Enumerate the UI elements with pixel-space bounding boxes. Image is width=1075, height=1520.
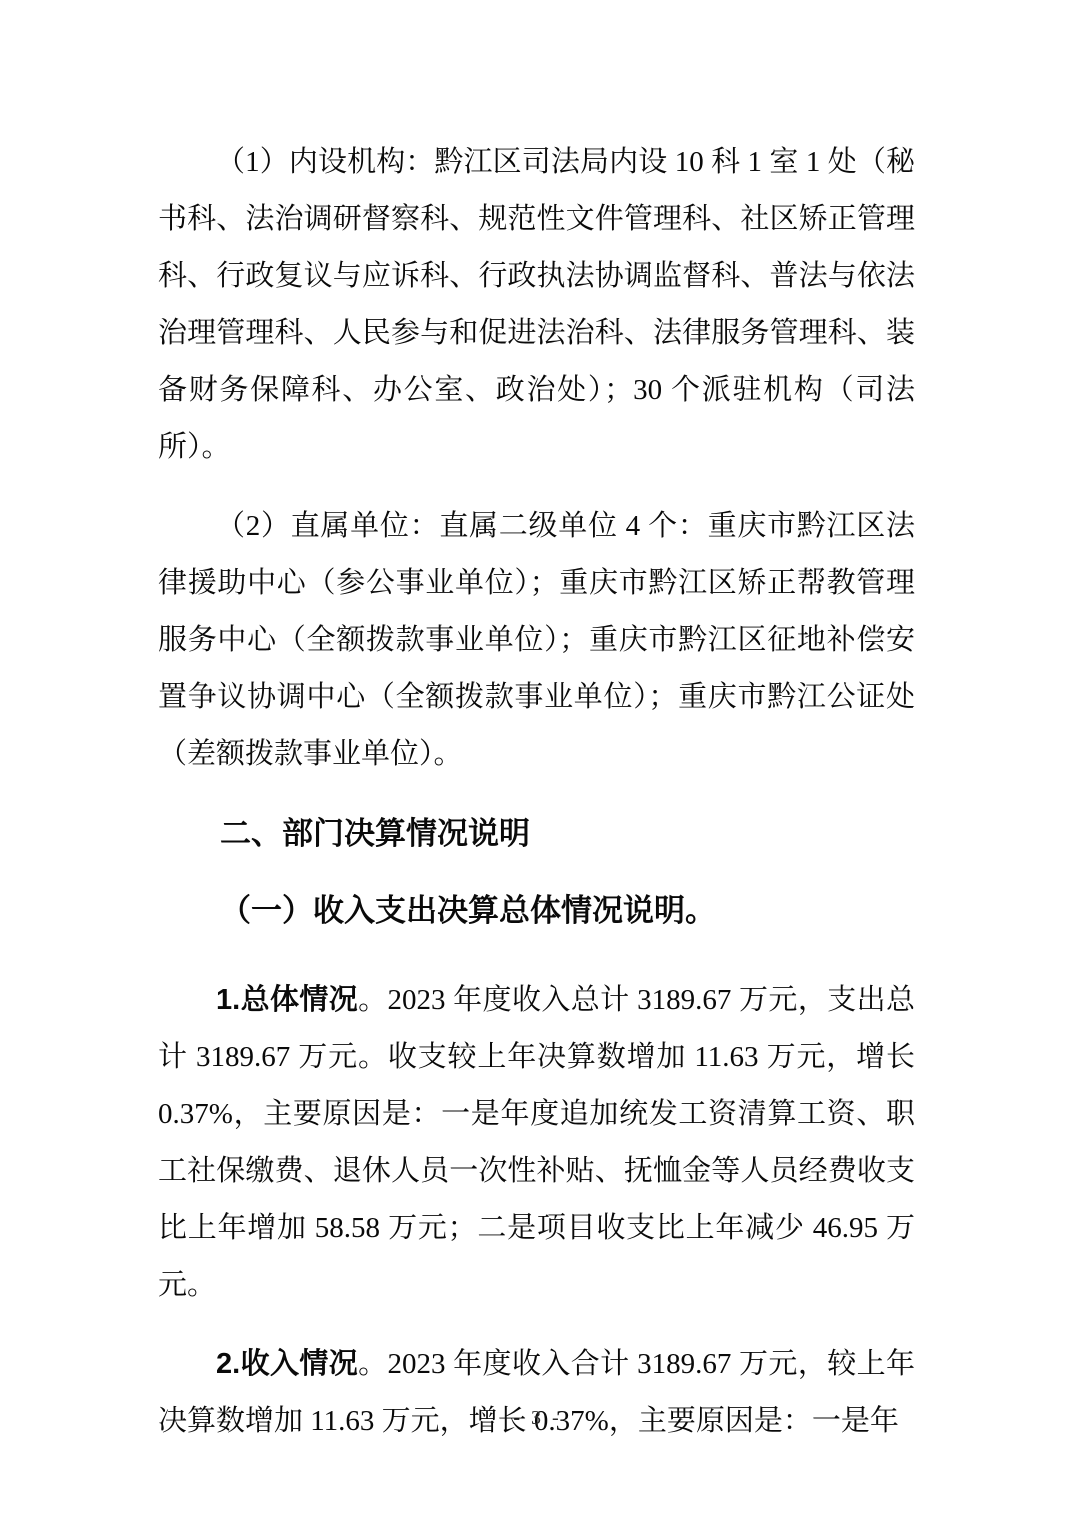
document-body: （1）内设机构：黔江区司法局内设 10 科 1 室 1 处（秘书科、法治调研督察… xyxy=(158,134,915,1472)
document-page: （1）内设机构：黔江区司法局内设 10 科 1 室 1 处（秘书科、法治调研督察… xyxy=(0,0,1075,1520)
subsection-heading-overall-statement: （一）收入支出决算总体情况说明。 xyxy=(158,882,915,939)
paragraph-lead-income: 2.收入情况 xyxy=(216,1348,358,1380)
paragraph-overall-situation: 1.总体情况。2023 年度收入总计 3189.67 万元，支出总计 3189.… xyxy=(158,972,915,1314)
paragraph-text: （2）直属单位：直属二级单位 4 个：重庆市黔江区法律援助中心（参公事业单位）；… xyxy=(158,510,915,770)
paragraph-income-situation: 2.收入情况。2023 年度收入合计 3189.67 万元，较上年决算数增加 1… xyxy=(158,1336,915,1450)
paragraph-internal-organs: （1）内设机构：黔江区司法局内设 10 科 1 室 1 处（秘书科、法治调研督察… xyxy=(158,134,915,476)
paragraph-text: （1）内设机构：黔江区司法局内设 10 科 1 室 1 处（秘书科、法治调研督察… xyxy=(158,146,915,463)
page-number: - 3 - xyxy=(0,1406,1075,1430)
paragraph-subordinate-units: （2）直属单位：直属二级单位 4 个：重庆市黔江区法律援助中心（参公事业单位）；… xyxy=(158,498,915,783)
paragraph-lead-overall: 1.总体情况 xyxy=(216,984,358,1016)
paragraph-text: 。2023 年度收入总计 3189.67 万元，支出总计 3189.67 万元。… xyxy=(158,984,915,1301)
section-heading-budget-statement: 二、部门决算情况说明 xyxy=(158,805,915,862)
